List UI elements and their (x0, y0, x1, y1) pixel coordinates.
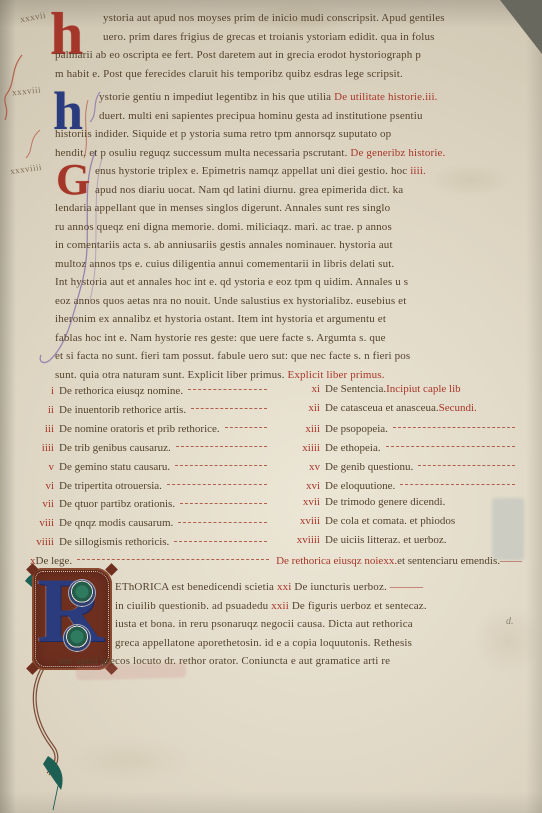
illuminated-initial-g: G (56, 158, 90, 202)
text-segment: Int hystoria aut et annales hoc int e. q… (55, 276, 408, 288)
chapter-title: De sillogismis rethoricis. (59, 536, 169, 548)
show-through-mark (492, 498, 524, 560)
chapter-title: De ethopeia. (325, 442, 381, 454)
rubric-text: Incipiut caple lib (386, 383, 461, 395)
chapter-title: De cola et comata. et phiodos (325, 515, 455, 527)
chapter-title: De gemino statu causaru. (59, 461, 170, 473)
chapter-title: De trimodo genere dicendi. (325, 496, 445, 508)
text-line: iheronim ex annalibz et hystoria ostant.… (55, 312, 386, 326)
chapter-entry: xviDe eloquutione. (296, 478, 522, 492)
chapter-title: De catasceua et anasceua. (325, 402, 439, 414)
text-segment: ystorie gentiu n impediut legentibz in h… (99, 91, 334, 103)
chapter-title: De Sentencia. (325, 383, 386, 395)
chapter-number: viii (30, 517, 54, 529)
chapter-row: iDe rethorica eiusqz nomine.xiDe Sentenc… (30, 383, 522, 398)
text-segment: lendaria appellant que in menses singlos… (55, 202, 390, 214)
text-line: fablas hoc int e. Nam hystorie res geste… (55, 331, 386, 345)
text-segment: eoz annos quos aetas nra no nouit. Unde … (55, 295, 406, 307)
chapter-index: iDe rethorica eiusqz nomine.xiDe Sentenc… (30, 383, 522, 583)
chapter-title: De psopopeia. (325, 423, 388, 435)
text-line: eoz annos quos aetas nra no nouit. Unde … (55, 294, 406, 308)
manuscript-photo: xxxvii xxxviii xxxviiii d. h h G R ystor… (0, 0, 542, 813)
chapter-title: De inuentorib rethorice artis. (59, 404, 186, 416)
chapter-number: xv (296, 461, 320, 473)
leader-line (174, 534, 269, 545)
chapter-entry: iiiDe nomine oratoris et prib rethorice. (30, 421, 274, 435)
chapter-row: viiDe qtuor partibz orationis.xviiDe tri… (30, 496, 522, 511)
text-line: lendaria appellant que in menses singlos… (55, 201, 390, 215)
chapter-entry: iDe rethorica eiusqz nomine. (30, 383, 274, 397)
text-segment: De lege. (36, 555, 73, 567)
chapter-row: viiiDe qnqz modis causarum.xviiiDe cola … (30, 515, 522, 530)
chapter-entry: xviiDe trimodo genere dicendi. (296, 496, 522, 508)
chapter-title: De qnqz modis causarum. (59, 517, 173, 529)
chapter-title: De tripertita otrouersia. (59, 480, 162, 492)
chapter-number: xi (296, 383, 320, 395)
chapter-row: iiiDe nomine oratoris et prib rethorice.… (30, 421, 522, 436)
text-segment: De figuris uerboz et sentecaz. (292, 600, 427, 612)
text-line: ystorie gentiu n impediut legentibz in h… (99, 90, 438, 104)
chapter-entry: viDe tripertita otrouersia. (30, 478, 274, 492)
text-segment: et sentenciaru emendis. (397, 555, 500, 567)
chapter-row: viiiiDe sillogismis rethoricis.xviiiiDe … (30, 534, 522, 549)
chapter-entry: xviiiDe cola et comata. et phiodos (296, 515, 522, 527)
text-segment: iiii. (410, 165, 426, 177)
text-line: ystoria aut apud nos moyses prim de inic… (103, 11, 445, 25)
show-through-stamp (76, 663, 186, 681)
text-segment: Explicit liber primus. (288, 369, 385, 381)
chapter-entry: viiiiDe sillogismis rethoricis. (30, 534, 274, 548)
text-segment: iusta et bona. in reru psonaruqz negocii… (115, 618, 413, 630)
chapter-title: De trib genibus causaruz. (59, 442, 171, 454)
chapter-row: vDe gemino statu causaru.xvDe genib ques… (30, 459, 522, 474)
chapter-title: De genib questionu. (325, 461, 413, 473)
text-segment: enus hystorie triplex e. Epimetris namqz… (95, 165, 410, 177)
chapter-number: iiii (30, 442, 54, 454)
text-line: sunt. quia otra naturam sunt. Explicit l… (55, 368, 385, 382)
chapter-entry: iiDe inuentorib rethorice artis. (30, 402, 274, 416)
chapter-row: iiiiDe trib genibus causaruz.xiiiiDe eth… (30, 440, 522, 455)
text-segment: greca appellatone aporethetosin. id e a … (115, 637, 412, 649)
chapter-number: ii (30, 404, 54, 416)
text-segment: iheronim ex annalibz et hystoria ostant.… (55, 313, 386, 325)
text-segment: in comentariis acta s. ab anniusariis ge… (55, 239, 393, 251)
text-segment: multoz annos tps e. cuius diligentia ann… (55, 258, 394, 270)
chapter-entry: viiiDe qnqz modis causarum. (30, 515, 274, 529)
text-line: uero. prim dares frigius de grecas et tr… (103, 30, 435, 44)
leader-line (167, 478, 269, 489)
text-segment: et si facta no sunt. fieri tam possut. f… (55, 350, 410, 362)
foliate-medallion-icon (68, 579, 96, 607)
chapter-number: vii (30, 498, 54, 510)
leader-line (77, 553, 271, 564)
foliate-medallion-icon (63, 624, 91, 652)
chapter-row: x De lege. De rethorica eiusqz noie xx. … (30, 553, 522, 568)
chapter-number: iii (30, 423, 54, 435)
leader-line (400, 478, 517, 489)
chapter-number: v (30, 461, 54, 473)
text-segment: uero. prim dares frigius de grecas et tr… (103, 31, 435, 43)
text-line: historiis indider. Siquide et p ystoria … (55, 127, 391, 141)
chapter-title: De qtuor partibz orationis. (59, 498, 175, 510)
text-line: enus hystorie triplex e. Epimetris namqz… (95, 164, 426, 178)
chapter-entry: xiDe Sentencia. Incipiut caple lib (296, 383, 522, 395)
chapter-entry: iiiiDe trib genibus causaruz. (30, 440, 274, 454)
page-corner-shadow (500, 0, 542, 54)
text-segment: fablas hoc int e. Nam hystorie res geste… (55, 332, 386, 344)
text-segment: duert. multi eni sapientes precipua homi… (99, 110, 423, 122)
chapter-number: xviii (296, 515, 320, 527)
chapter-entry: xiiiiDe ethopeia. (296, 440, 522, 454)
chapter-entry: xviiiiDe uiciis litteraz. et uerboz. (296, 534, 522, 546)
chapter-number: xvii (296, 496, 320, 508)
chapter-row: iiDe inuentorib rethorice artis.xiiDe ca… (30, 402, 522, 417)
leader-line (188, 383, 269, 394)
leader-line (393, 421, 517, 432)
text-segment: ru annos queqz eni digna memorie. domi. … (55, 221, 392, 233)
text-line: ru annos queqz eni digna memorie. domi. … (55, 220, 392, 234)
leader-line (178, 515, 269, 526)
text-line: Int hystoria aut et annales hoc int e. q… (55, 275, 408, 289)
text-segment: historiis indider. Siquide et p ystoria … (55, 128, 391, 140)
text-line: apud nos diariu uocat. Nam qd latini diu… (95, 183, 403, 197)
text-line: duert. multi eni sapientes precipua homi… (99, 109, 423, 123)
chapter-entry: xiiiDe psopopeia. (296, 421, 522, 435)
chapter-entry: xvDe genib questionu. (296, 459, 522, 473)
rubric-text: Secundi. (439, 402, 477, 414)
chapter-title: De rethorica eiusqz nomine. (59, 385, 183, 397)
leader-line (175, 459, 269, 470)
leader-line (386, 440, 517, 451)
leader-line (176, 440, 269, 451)
chapter-number: xiiii (296, 442, 320, 454)
text-segment: xx. (383, 555, 397, 567)
text-segment: De rethorica eiusqz noie (276, 555, 383, 567)
leader-line (191, 402, 269, 413)
text-line: in comentariis acta s. ab anniusariis ge… (55, 238, 393, 252)
leader-line (418, 459, 517, 470)
chapter-entry: vDe gemino statu causaru. (30, 459, 274, 473)
chapter-entry-wide: x De lege. De rethorica eiusqz noie xx. … (30, 553, 522, 567)
pencil-annotation: d. (506, 616, 514, 627)
text-segment: palmarii ab eo oscripta ee fert. Post da… (55, 49, 421, 61)
chapter-number: xiii (296, 423, 320, 435)
chapter-number: i (30, 385, 54, 397)
chapter-entry: xiiDe catasceua et anasceua. Secundi. (296, 402, 522, 414)
text-segment: xxii (271, 600, 292, 612)
text-segment: ystoria aut apud nos moyses prim de inic… (103, 12, 445, 24)
chapter-title: De eloquutione. (325, 480, 395, 492)
text-line: hendit. et p osuliu reguqz successum mul… (55, 146, 445, 160)
chapter-title: De nomine oratoris et prib rethorice. (59, 423, 220, 435)
text-segment: hendit. et p osuliu reguqz successum mul… (55, 147, 350, 159)
text-line: greca appellatone aporethetosin. id e a … (115, 636, 412, 650)
text-segment: apud nos diariu uocat. Nam qd latini diu… (95, 184, 403, 196)
text-segment: De utilitate historie.iii. (334, 91, 438, 103)
text-line: multoz annos tps e. cuius diligentia ann… (55, 257, 394, 271)
chapter-number: vi (30, 480, 54, 492)
text-segment: sunt. quia otra naturam sunt. Explicit l… (55, 369, 288, 381)
text-line: palmarii ab eo oscripta ee fert. Post da… (55, 48, 421, 62)
chapter-number: viiii (30, 536, 54, 548)
text-segment: in ciuilib questionib. ad psuadedu (115, 600, 271, 612)
chapter-number: xii (296, 402, 320, 414)
chapter-number: xviiii (296, 534, 320, 546)
text-line: m habit e. Post que ferecides claruit hi… (55, 67, 403, 81)
chapter-row: viDe tripertita otrouersia.xviDe eloquut… (30, 478, 522, 493)
chapter-number: xvi (296, 480, 320, 492)
leader-line (225, 421, 269, 432)
text-line: in ciuilib questionib. ad psuadedu xxii … (115, 599, 427, 613)
text-line: iusta et bona. in reru psonaruqz negocii… (115, 617, 413, 631)
text-segment: m habit e. Post que ferecides claruit hi… (55, 68, 403, 80)
chapter-title: De uiciis litteraz. et uerboz. (325, 534, 447, 546)
text-line: et si facta no sunt. fieri tam possut. f… (55, 349, 410, 363)
leader-line (180, 496, 269, 507)
chapter-entry: viiDe qtuor partibz orationis. (30, 496, 274, 510)
text-segment: De generibz historie. (350, 147, 445, 159)
